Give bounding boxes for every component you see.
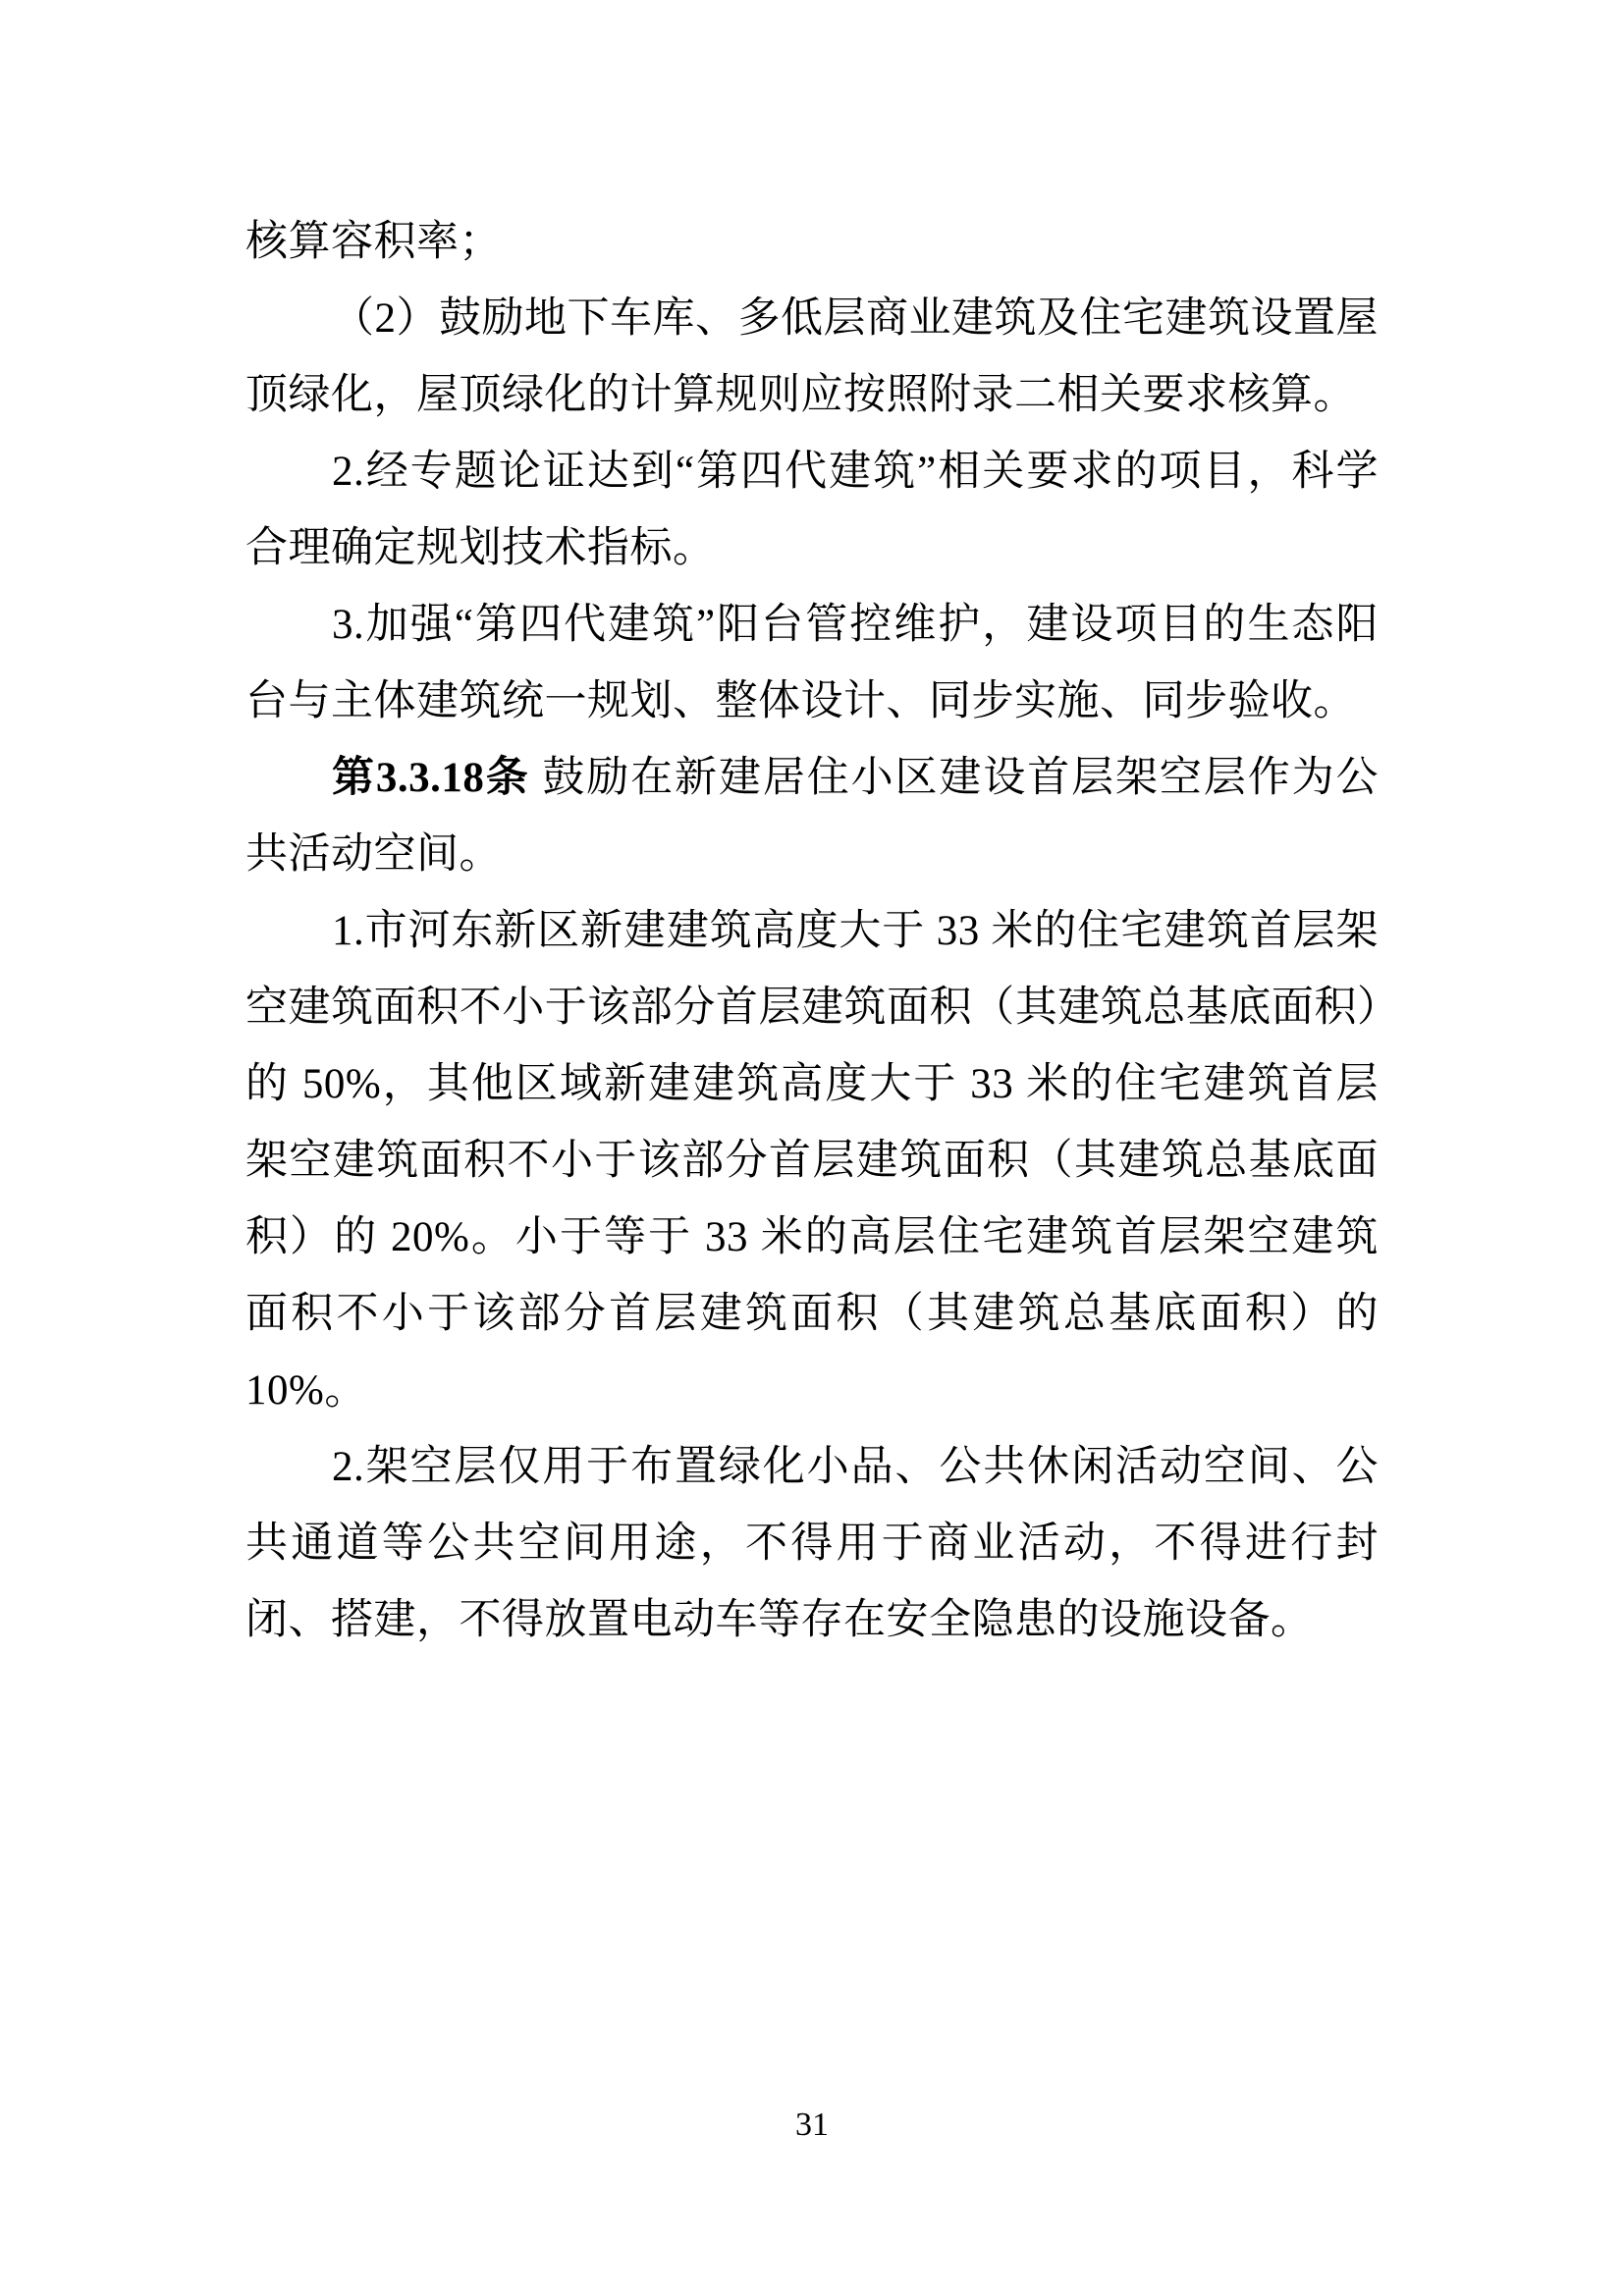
document-page: 核算容积率； （2）鼓励地下车库、多低层商业建筑及住宅建筑设置屋顶绿化，屋顶绿化… (0, 0, 1624, 2296)
paragraph-item-2-fourth-gen-review: 2.经专题论证达到“第四代建筑”相关要求的项目，科学合理确定规划技术指标。 (245, 434, 1379, 587)
paragraph-item-2-stilt-floor-usage: 2.架空层仅用于布置绿化小品、公共休闲活动空间、公共通道等公共空间用途，不得用于… (245, 1429, 1379, 1659)
paragraph-item-2-roof-greening: （2）鼓励地下车库、多低层商业建筑及住宅建筑设置屋顶绿化，屋顶绿化的计算规则应按… (245, 281, 1379, 434)
page-number: 31 (0, 2106, 1624, 2145)
paragraph-item-3-balcony-management: 3.加强“第四代建筑”阳台管控维护，建设项目的生态阳台与主体建筑统一规划、整体设… (245, 587, 1379, 740)
document-body: 核算容积率； （2）鼓励地下车库、多低层商业建筑及住宅建筑设置屋顶绿化，屋顶绿化… (245, 204, 1379, 1659)
paragraph-continuation: 核算容积率； (245, 204, 1379, 281)
paragraph-item-1-stilt-floor-ratio: 1.市河东新区新建建筑高度大于 33 米的住宅建筑首层架空建筑面积不小于该部分首… (245, 893, 1379, 1429)
paragraph-article-3-3-18: 第3.3.18条 鼓励在新建居住小区建设首层架空层作为公共活动空间。 (245, 740, 1379, 893)
article-number-label: 第3.3.18条 (332, 755, 530, 801)
